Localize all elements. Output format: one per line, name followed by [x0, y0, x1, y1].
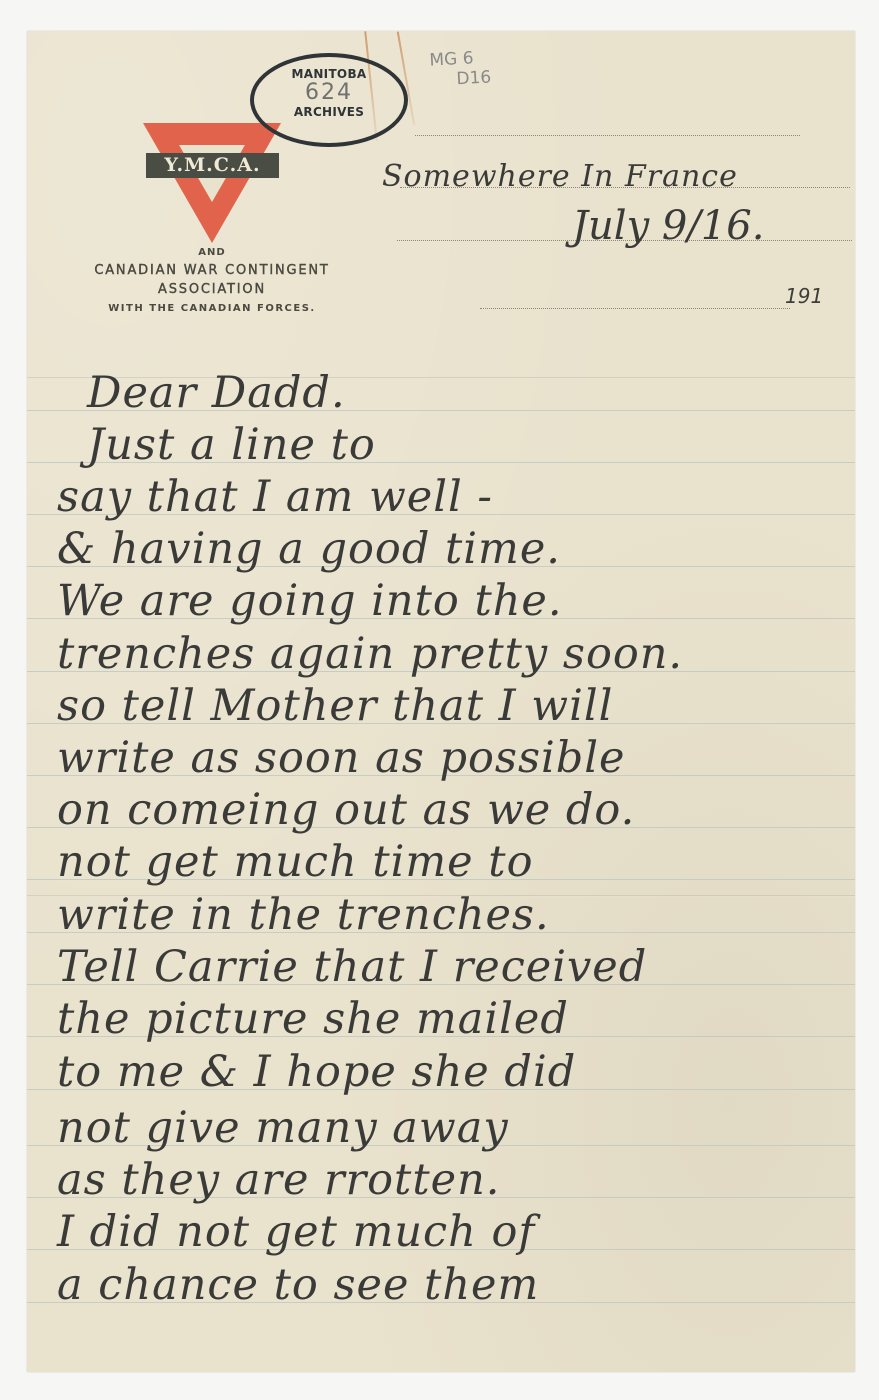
letter-line: write in the trenches. — [57, 889, 835, 941]
letter-paper: Y.M.C.A. AND CANADIAN WAR CONTINGENT ASS… — [27, 31, 855, 1372]
stamp-bottom-text: ARCHIVES — [254, 105, 404, 119]
letter-line: say that I am well - — [57, 471, 835, 523]
letter-line: not give many away — [57, 1102, 835, 1154]
printed-year: 191 — [785, 284, 823, 308]
letterhead-line-3: WITH THE CANADIAN FORCES. — [57, 303, 367, 314]
letter-line: & having a good time. — [57, 523, 835, 575]
letter-line: trenches again pretty soon. — [57, 628, 835, 680]
archives-stamp: MANITOBA 624 ARCHIVES — [250, 53, 408, 147]
stamp-top-text: MANITOBA — [254, 67, 404, 81]
letter-line: We are going into the. — [57, 575, 835, 627]
pencil-note-line-2: D16 — [430, 67, 492, 90]
letter-line: write as soon as possible — [57, 732, 835, 784]
letterhead-line-2: ASSOCIATION — [57, 282, 367, 297]
stamp-number: 624 — [254, 81, 404, 105]
pencil-archive-note: MG 6 D16 — [429, 47, 492, 90]
letter-line: Tell Carrie that I received — [57, 941, 835, 993]
letter-line: so tell Mother that I will — [57, 680, 835, 732]
header-dotted-line — [415, 135, 800, 136]
letterhead-line-1: CANADIAN WAR CONTINGENT — [57, 263, 367, 278]
letter-line: Just a line to — [87, 419, 835, 471]
letter-date: July 9/16. — [572, 203, 764, 249]
letter-line: I did not get much of — [57, 1206, 835, 1258]
letter-place: Somewhere In France — [382, 159, 738, 194]
letter-line: as they are rrotten. — [57, 1154, 835, 1206]
letterhead-and: AND — [57, 247, 367, 258]
letter-line: a chance to see them — [57, 1259, 835, 1311]
letter-line: on comeing out as we do. — [57, 784, 835, 836]
header-dotted-line — [480, 308, 790, 309]
letterhead-text: AND CANADIAN WAR CONTINGENT ASSOCIATION … — [57, 247, 367, 314]
letter-line: Dear Dadd. — [87, 367, 835, 419]
letter-line: to me & I hope she did — [57, 1046, 835, 1098]
letter-line: the picture she mailed — [57, 993, 835, 1045]
letter-line: not get much time to — [57, 836, 835, 888]
ymca-logo-text: Y.M.C.A. — [146, 153, 279, 178]
